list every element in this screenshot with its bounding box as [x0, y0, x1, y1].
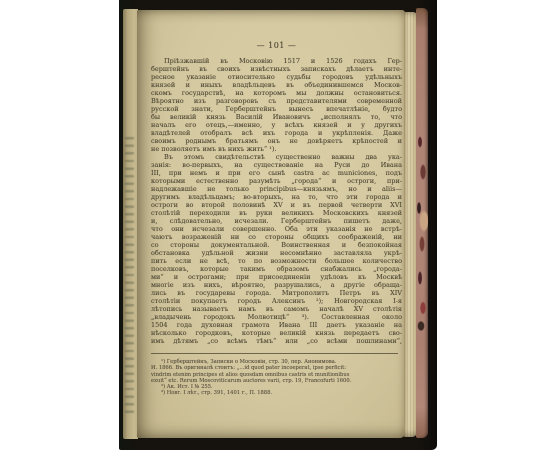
text-line: другимъ владѣльцамъ; во-вторыхъ, на то, … — [151, 193, 402, 201]
text-line: Въ этомъ свидѣтельствѣ существенно важны… — [151, 153, 402, 161]
text-line: многіе изъ нихъ, вѣроятно, разрушались, … — [151, 281, 402, 289]
text-line: 1504 года духовная грамота Ивана III дае… — [151, 321, 402, 329]
text-line: столѣтіи покупаетъ городъ Алексинъ ²); Н… — [151, 297, 402, 305]
text-line: лѣтопись называетъ намъ въ самомъ началѣ… — [151, 305, 402, 313]
footnote-separator — [151, 353, 398, 354]
text-line: „владычень городокъ Молвотицѣ“ ³). Соста… — [151, 313, 402, 321]
text-line: не позволяетъ имъ въ нихъ жить“ ¹). — [151, 145, 402, 153]
text-line: которыми естественно разумѣть „города“ и… — [151, 177, 402, 185]
body-text: Пріѣзжавшій въ Московію 1517 и 1526 года… — [151, 57, 402, 345]
text-line: нѣсколько городковъ, которые великій кня… — [151, 329, 402, 337]
marble-pattern — [416, 126, 428, 336]
footnote-line: ³) Новг. I лѣт., стр. 391, 1401 г., П. 1… — [151, 390, 402, 396]
text-line: ми“ и острогами; при присоединеніи удѣло… — [151, 273, 402, 281]
facing-page-text-marks — [125, 137, 134, 417]
text-line: скомъ государствѣ, на которомъ мы должны… — [151, 89, 402, 97]
text-line: со стороны документальной. Воинственная … — [151, 241, 402, 249]
text-line: пить если не всѣ, то по возможности боль… — [151, 257, 402, 265]
text-line: имъ дѣтямъ „со всѣмъ тѣмъ“ или „со всѣми… — [151, 337, 402, 345]
text-line: остроги во второй половинѣ XV и въ перво… — [151, 201, 402, 209]
text-line: владѣтелей отобралъ всѣ ихъ города и укр… — [151, 129, 402, 137]
text-line: столѣтій переходили въ руки великихъ Мос… — [151, 209, 402, 217]
book-cover-marbled-edge — [416, 8, 428, 438]
text-line: и, слѣдовательно, исчезали. Герберштейнъ… — [151, 217, 402, 225]
text-line: надлежавшіе не только principibus—князья… — [151, 185, 402, 193]
facing-page-edge — [123, 9, 138, 439]
text-line: что они исчезали совершенно. Оба эти ука… — [151, 225, 402, 233]
text-line: князей и иныхъ владѣльцевъ въ объединивш… — [151, 81, 402, 89]
paragraph: Пріѣзжавшій въ Московію 1517 и 1526 года… — [151, 57, 402, 153]
page-text-block: — 101 — Пріѣзжавшій въ Московію 1517 и 1… — [151, 42, 402, 397]
text-line: поселковъ, которые такимъ образомъ снабж… — [151, 265, 402, 273]
text-line: началъ его отецъ,—именно, у всѣхъ князей… — [151, 121, 402, 129]
text-line: занія: во-первыхъ, на существованіе на Р… — [151, 161, 402, 169]
book-page: — 101 — Пріѣзжавшій въ Московію 1517 и 1… — [137, 10, 405, 438]
text-line: своимъ роднымъ братьямъ онъ не довѣряетъ… — [151, 137, 402, 145]
text-line: Вѣроятно изъ разговоровъ съ представител… — [151, 97, 402, 105]
paragraph: Въ этомъ свидѣтельствѣ существенно важны… — [151, 153, 402, 345]
text-line: Пріѣзжавшій въ Московію 1517 и 1526 года… — [151, 57, 402, 65]
text-line: обстановка удѣльной жизни несомнѣнно зас… — [151, 249, 402, 257]
text-line: ресное указаніе относительно судьбы горо… — [151, 73, 402, 81]
text-line: лись въ государевы города. Митрополитъ П… — [151, 289, 402, 297]
footnotes: ¹) Герберштейнъ, Записки о Московіи, стр… — [151, 359, 402, 397]
text-line: III, при немъ и при его сынѣ castra ac m… — [151, 169, 402, 177]
page-number: — 101 — — [151, 42, 402, 50]
text-line: русской знати, Герберштейнъ вынесъ впеча… — [151, 105, 402, 113]
text-line: берштейнъ въ своихъ извѣстныхъ запискахъ… — [151, 65, 402, 73]
text-line: чаютъ возраженій ни со стороны общихъ со… — [151, 233, 402, 241]
text-line: бы великій князь Василій Ивановичъ „испо… — [151, 113, 402, 121]
